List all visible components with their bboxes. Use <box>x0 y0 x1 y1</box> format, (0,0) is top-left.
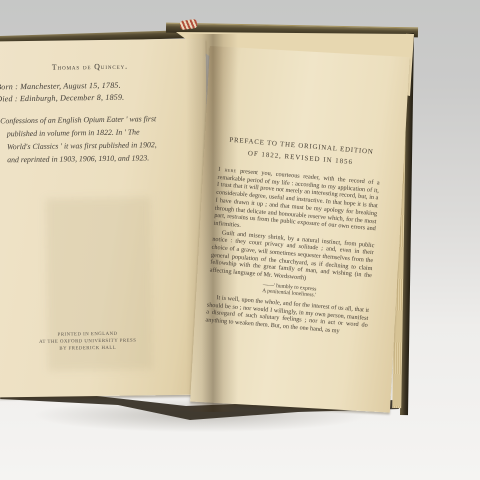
author-heading: Thomas de Quincey. <box>0 61 180 73</box>
bibliography-note: ' Confessions of an English Opium Eater … <box>0 112 202 167</box>
printer-imprint: PRINTED IN ENGLAND AT THE OXFORD UNIVERS… <box>0 330 178 354</box>
born-line: Born : Manchester, August 15, 1785. <box>0 81 121 92</box>
died-line: Died : Edinburgh, December 8, 1859. <box>0 93 124 104</box>
note-line: and reprinted in 1903, 1906, 1910, and 1… <box>7 151 202 167</box>
book-photo-scene: Thomas de Quincey. Born : Manchester, Au… <box>0 0 480 480</box>
preface-text-block: PREFACE TO THE ORIGINAL EDITION OF 1822,… <box>205 136 382 338</box>
left-page: Thomas de Quincey. Born : Manchester, Au… <box>0 39 210 398</box>
paragraph-body: present you, courteous reader, with the … <box>213 167 380 232</box>
